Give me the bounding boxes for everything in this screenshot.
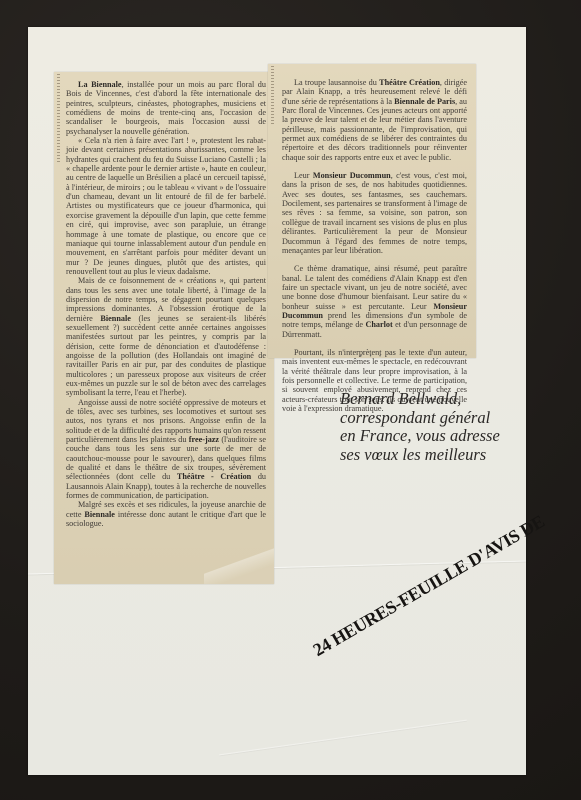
article-paragraph: La Biennale, installée pour un mois au p…: [66, 80, 266, 136]
greeting-line: ses vœux les meilleurs: [340, 446, 520, 465]
paper-fold-crease: [219, 720, 467, 756]
clipping-serrated-edge: [57, 74, 60, 164]
greeting-line: correspondant général: [340, 409, 520, 428]
end-mark: • • •: [360, 353, 384, 362]
clipping-text-left: La Biennale, installée pour un mois au p…: [66, 80, 266, 529]
article-paragraph: Angoisse aussi de notre société oppressi…: [66, 398, 266, 501]
clipping-serrated-edge: [271, 66, 274, 126]
article-paragraph: Leur Monsieur Ducommun, c'est vous, c'es…: [282, 171, 467, 255]
greeting-message: Bernard Bellwald, correspondant général …: [340, 390, 520, 464]
clipping-text-right: La troupe lausannoise du Théâtre Créatio…: [282, 78, 467, 413]
article-paragraph: Mais de ce foisonnement de « créations »…: [66, 276, 266, 397]
newspaper-clipping-biennale: La Biennale, installée pour un mois au p…: [54, 72, 274, 584]
torn-corner: [204, 544, 274, 584]
article-paragraph: La troupe lausannoise du Théâtre Créatio…: [282, 78, 467, 162]
article-paragraph: Malgré ses excès et ses ridicules, la jo…: [66, 500, 266, 528]
greeting-line: en France, vous adresse: [340, 427, 520, 446]
article-paragraph: Ce thème dramatique, ainsi résumé, peut …: [282, 264, 467, 339]
newspaper-clipping-theatre-creation: La troupe lausannoise du Théâtre Créatio…: [268, 64, 476, 358]
greeting-line: Bernard Bellwald,: [340, 390, 520, 409]
article-paragraph: « Cela n'a rien à faire avec l'art ! », …: [66, 136, 266, 276]
